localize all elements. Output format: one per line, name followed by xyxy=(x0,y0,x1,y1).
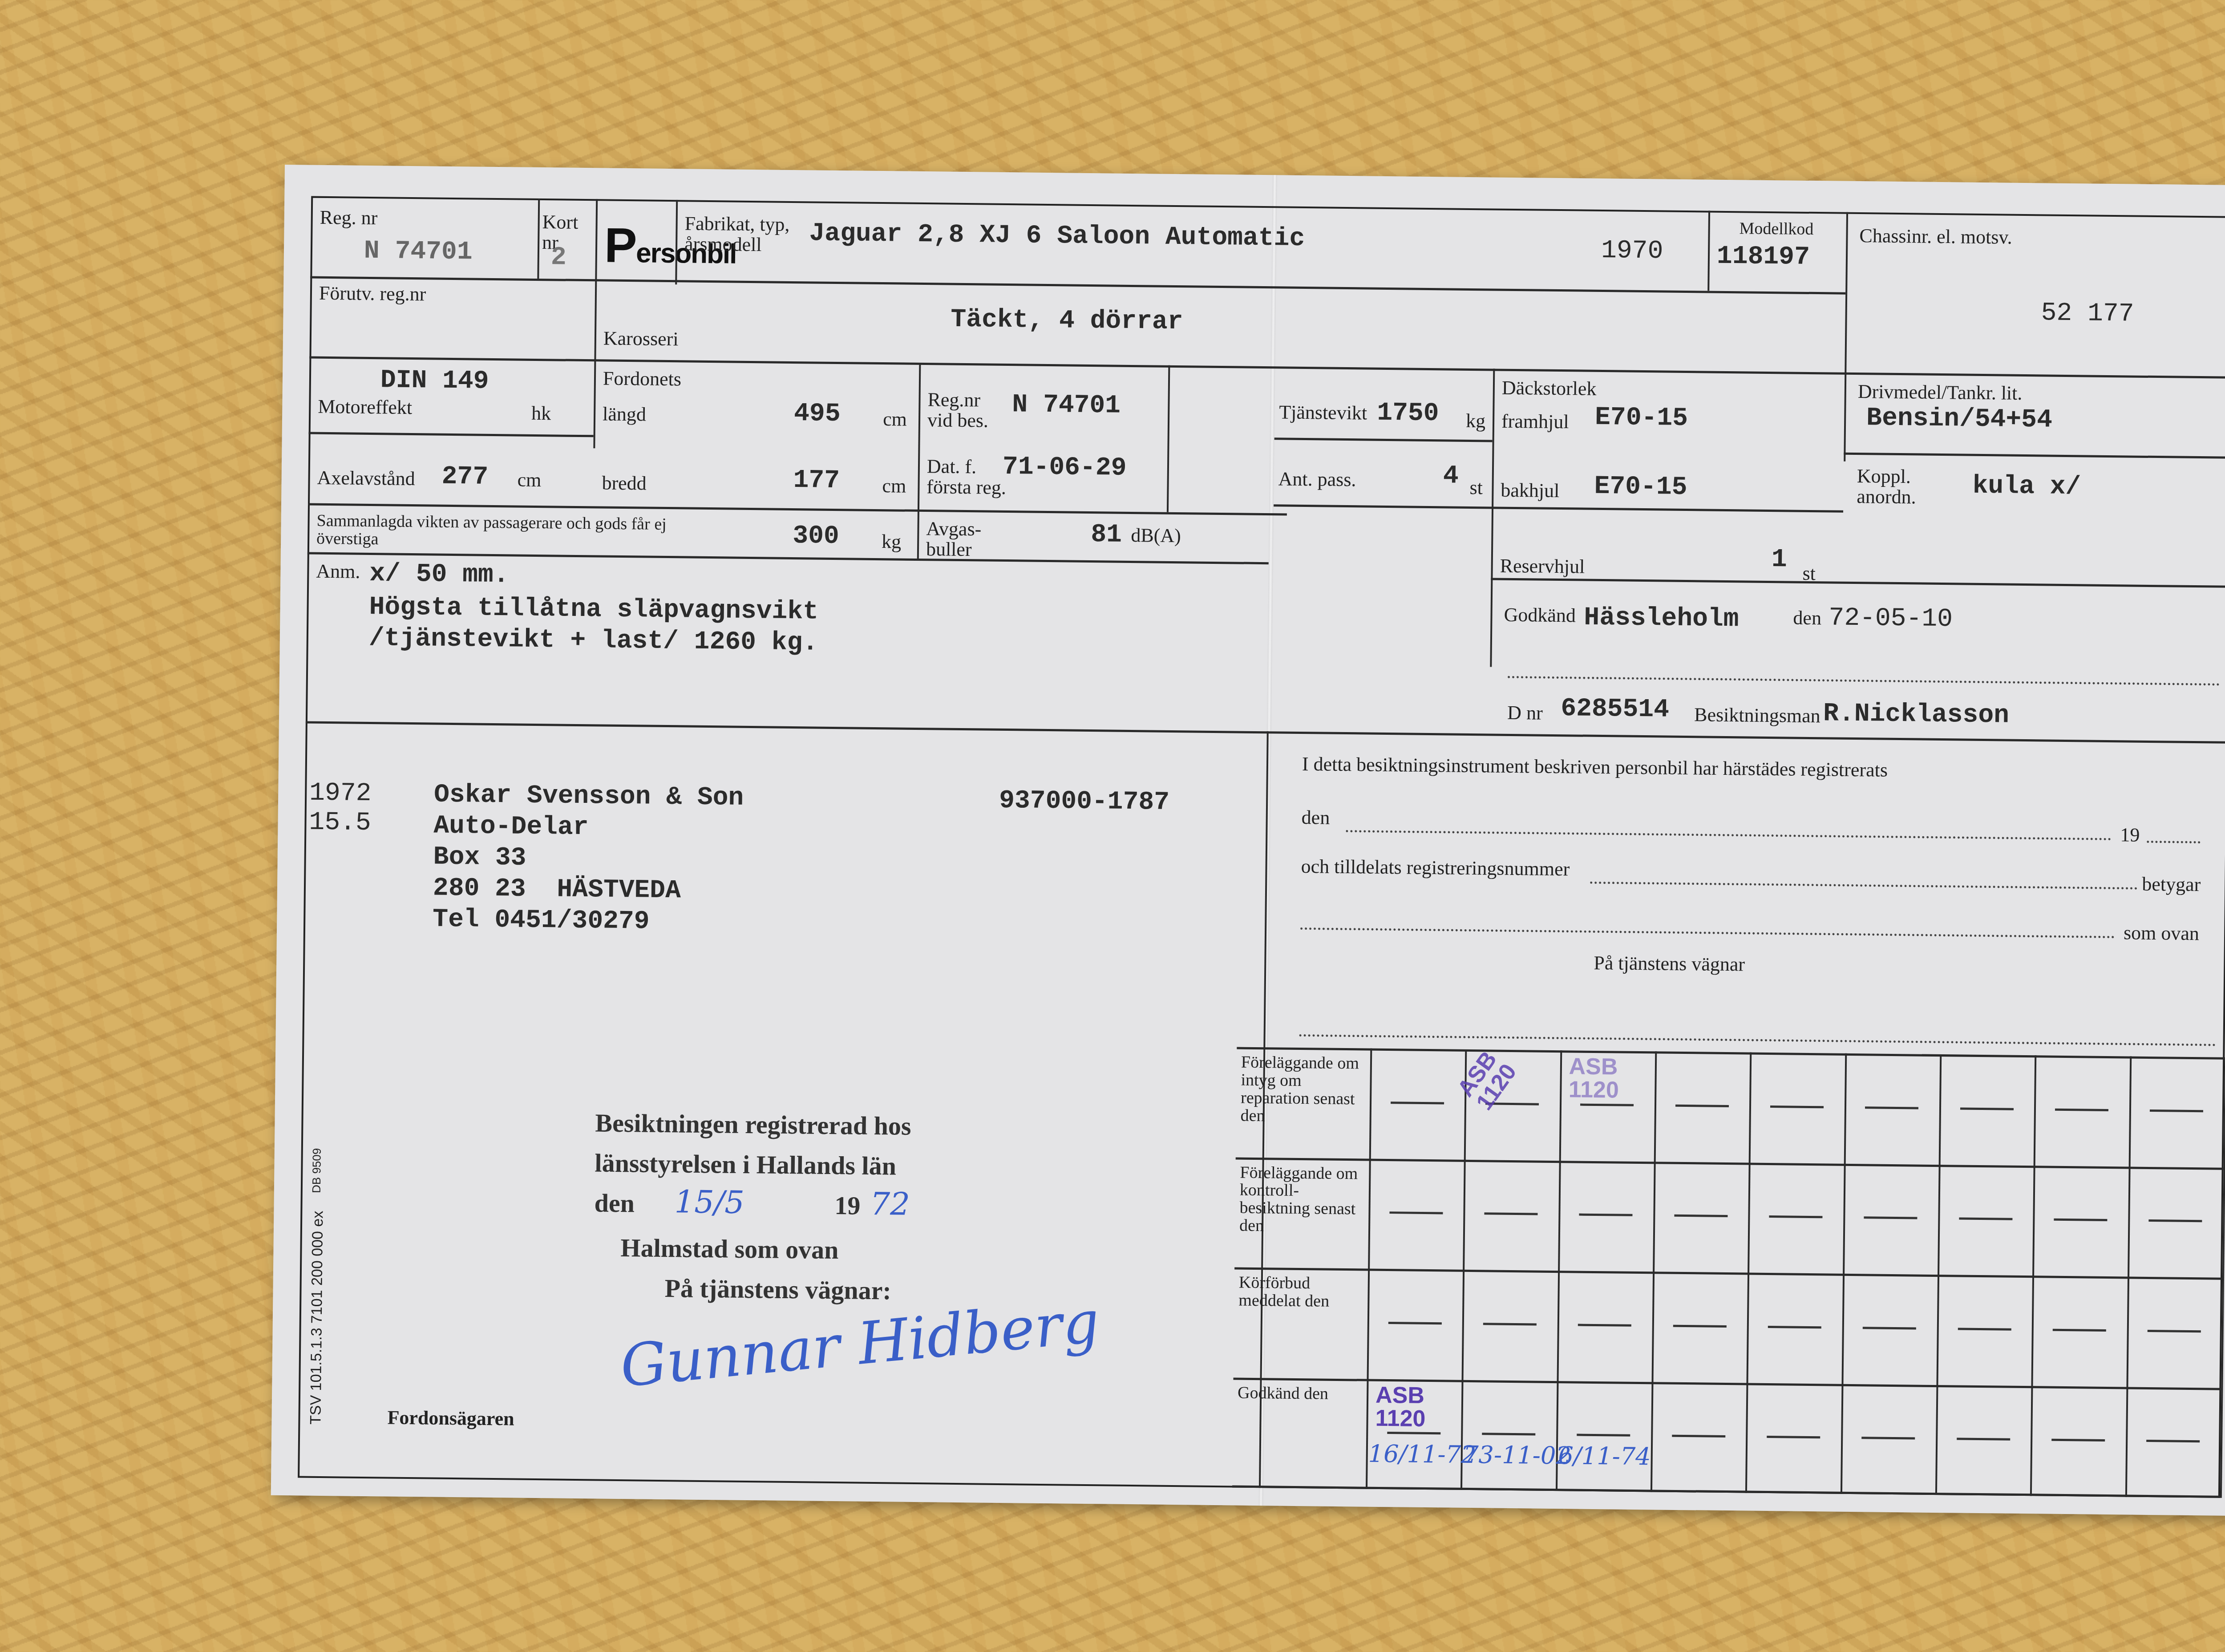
label-sammanlagda: Sammanlagda vikten av passagerare och go… xyxy=(316,512,717,552)
grid-cell-dash xyxy=(1770,1105,1824,1108)
grid-cell-dash xyxy=(1579,1214,1633,1216)
value-fabrikat: Jaguar 2,8 XJ 6 Saloon Automatic xyxy=(809,219,1305,253)
grid-cell-dash xyxy=(1578,1324,1631,1326)
grid-cell-dash xyxy=(1958,1328,2011,1330)
grid-row-divider xyxy=(1234,1267,2222,1279)
value-arsmodell: 1970 xyxy=(1601,236,1663,266)
label-bredd: bredd xyxy=(602,473,647,494)
grid-cell-dash xyxy=(1672,1435,1725,1437)
value-reg-nr-vid-bes: N 74701 xyxy=(1012,390,1121,421)
owner-address-line-4: 280 23 HÄSTVEDA xyxy=(433,874,681,906)
label-tjanstevikt-unit: kg xyxy=(1466,411,1485,432)
grid-cell-dash xyxy=(1768,1326,1821,1328)
grid-cell-dash xyxy=(1388,1322,1442,1324)
label-hk: hk xyxy=(531,403,551,424)
registration-text-betygar: betygar xyxy=(2142,874,2201,895)
grid-cell-dash xyxy=(1863,1327,1916,1329)
print-code-small: DB 9509 xyxy=(310,1148,324,1194)
anm-line-1: x/ 50 mm. xyxy=(369,559,509,590)
value-d-nr: 6285514 xyxy=(1561,694,1669,725)
label-ant-pass-unit: st xyxy=(1469,478,1483,498)
value-axelavstand: 277 xyxy=(441,462,488,492)
registration-stamp-line-3: den xyxy=(594,1187,635,1219)
value-sammanlagda: 300 xyxy=(793,522,839,551)
asb-stamp: ASB 1120 xyxy=(1375,1383,1433,1430)
grid-cell-dash xyxy=(1675,1105,1729,1107)
label-fordonsagaren: Fordonsägaren xyxy=(387,1408,514,1429)
value-reservhjul: 1 xyxy=(1772,545,1787,574)
grid-cell-dash xyxy=(1960,1107,2014,1110)
registration-stamp-line-2: länsstyrelsen i Hallands län xyxy=(595,1147,896,1182)
value-chassinr: 52 177 xyxy=(2041,299,2134,328)
label-karosseri: Karosseri xyxy=(603,328,679,350)
label-anm: Anm. xyxy=(316,561,360,582)
label-motoreffekt: Motoreffekt xyxy=(318,397,412,418)
handwritten-date: 16/11-72 xyxy=(1368,1439,1476,1469)
grid-cell-dash xyxy=(2150,1109,2203,1112)
grid-cell-dash xyxy=(1862,1437,1915,1440)
label-godkand-den: den xyxy=(1793,608,1821,629)
registration-text-line-2: och tilldelats registreringsnummer xyxy=(1301,856,1570,880)
value-drivmedel: Bensin/54+54 xyxy=(1866,404,2052,434)
label-db: dB(A) xyxy=(1131,525,1181,546)
grid-cell-dash xyxy=(2053,1329,2106,1332)
value-modellkod: 118197 xyxy=(1717,242,1810,272)
value-motoreffekt: DIN 149 xyxy=(380,366,489,396)
grid-cell-dash xyxy=(2054,1219,2107,1221)
owner-address-line-1: Oskar Svensson & Son xyxy=(434,781,744,813)
value-framhjul: E70-15 xyxy=(1595,403,1688,433)
label-bakhjul: bakhjul xyxy=(1501,480,1559,502)
label-koppl: Koppl. anordn. xyxy=(1857,466,1924,508)
label-godkand: Godkänd xyxy=(1504,605,1576,626)
registration-date-handwritten: 15/5 xyxy=(674,1183,744,1221)
label-reg-nr-vid-bes: Reg.nr vid bes. xyxy=(927,389,995,431)
grid-cell-dash xyxy=(1673,1325,1726,1328)
grid-cell-dash xyxy=(2055,1109,2108,1111)
label-dat-forsta-reg: Dat. f. första reg. xyxy=(926,456,1007,498)
grid-cell-dash xyxy=(1482,1433,1535,1436)
label-forutv-reg-nr: Förutv. reg.nr xyxy=(319,283,426,305)
owner-date-year: 1972 xyxy=(309,779,372,808)
grid-cell-dash xyxy=(2051,1439,2105,1441)
value-avgasbuller: 81 xyxy=(1091,520,1122,550)
grid-cell-dash xyxy=(1865,1106,1918,1109)
value-reg-nr: N 74701 xyxy=(364,237,473,267)
anm-line-2: Högsta tillåtna släpvagnsvikt xyxy=(369,593,818,627)
grid-cell-dash xyxy=(2148,1330,2201,1332)
label-reg-nr: Reg. nr xyxy=(320,207,378,229)
label-fabrikat: Fabrikat, typ, årsmodell xyxy=(684,213,801,255)
handwritten-date: 6/11-74 xyxy=(1558,1441,1651,1470)
inspection-grid: Föreläggande om intyg om reparation sena… xyxy=(1232,1047,2225,1498)
grid-cell-dash xyxy=(1387,1432,1440,1434)
grid-cell-dash xyxy=(1864,1217,1918,1219)
value-besiktningsman: R.Nicklasson xyxy=(1823,699,2009,730)
label-modellkod: Modellkod xyxy=(1739,220,1813,239)
grid-cell-dash xyxy=(1580,1103,1634,1106)
registration-city-line: Halmstad som ovan xyxy=(620,1232,839,1267)
label-axelavstand-unit: cm xyxy=(517,470,541,491)
label-dackstorlek: Däckstorlek xyxy=(1502,378,1597,399)
label-fordonets: Fordonets xyxy=(603,368,681,390)
grid-cell-dash xyxy=(1959,1218,2012,1220)
grid-cell-dash xyxy=(2147,1440,2200,1442)
label-framhjul: framhjul xyxy=(1501,411,1569,433)
label-axelavstand: Axelavstånd xyxy=(317,468,415,489)
registration-text-pa-tjanstens: På tjänstens vägnar xyxy=(1594,953,1745,975)
label-d-nr: D nr xyxy=(1507,703,1543,724)
owner-date-day: 15.5 xyxy=(309,808,371,838)
value-koppl: kula x/ xyxy=(1972,472,2081,502)
label-reservhjul: Reservhjul xyxy=(1500,556,1585,577)
registration-text-den: den xyxy=(1302,807,1330,828)
value-bredd: 177 xyxy=(793,466,840,495)
registration-text-19: 19 xyxy=(2120,825,2140,846)
registration-year-printed: 19 xyxy=(834,1190,861,1222)
grid-cell-dash xyxy=(1957,1438,2010,1441)
anm-line-3: /tjänstevikt + last/ 1260 kg. xyxy=(369,624,818,658)
owner-address-line-3: Box 33 xyxy=(433,843,526,873)
grid-cell-dash xyxy=(1767,1436,1820,1438)
value-bakhjul: E70-15 xyxy=(1594,472,1687,502)
registration-sign-line: På tjänstens vägnar: xyxy=(664,1272,891,1307)
registration-year-handwritten: 72 xyxy=(870,1186,910,1223)
grid-cell-dash xyxy=(1577,1434,1630,1437)
value-dat-forsta-reg: 71-06-29 xyxy=(1003,453,1127,483)
value-godkand-ort: Hässleholm xyxy=(1584,603,1739,634)
grid-cell-dash xyxy=(1389,1211,1443,1214)
grid-row-label: Godkänd den xyxy=(1238,1384,1362,1403)
label-chassinr: Chassinr. el. motsv. xyxy=(1859,226,2012,248)
grid-row-label: Körförbud meddelat den xyxy=(1238,1274,1363,1311)
grid-cell-dash xyxy=(1484,1213,1537,1215)
value-karosseri: Täckt, 4 dörrar xyxy=(951,305,1183,336)
label-tjanstevikt: Tjänstevikt xyxy=(1279,402,1367,423)
label-langd-unit: cm xyxy=(883,409,907,430)
grid-cell-dash xyxy=(1769,1215,1822,1218)
value-godkand-datum: 72-05-10 xyxy=(1829,603,1953,634)
handwritten-date: 73-11-02 xyxy=(1463,1441,1571,1470)
label-avgasbuller: Avgas- buller xyxy=(926,518,989,560)
grid-row-label: Föreläggande om intyg om reparation sena… xyxy=(1241,1054,1366,1126)
value-kort-nr: 2 xyxy=(551,243,566,272)
owner-address-line-5: Tel 0451/30279 xyxy=(433,905,650,936)
label-ant-pass: Ant. pass. xyxy=(1278,469,1356,490)
label-sammanlagda-unit: kg xyxy=(882,531,901,552)
value-langd: 495 xyxy=(794,399,841,429)
label-langd: längd xyxy=(603,404,646,425)
asb-stamp: ASB 1120 xyxy=(1569,1055,1627,1101)
grid-cell-dash xyxy=(1483,1323,1537,1325)
value-tjanstevikt: 1750 xyxy=(1377,399,1439,428)
label-bredd-unit: cm xyxy=(882,476,906,497)
value-ant-pass: 4 xyxy=(1443,462,1458,490)
owner-org-nr: 937000-1787 xyxy=(999,786,1170,817)
grid-row-divider xyxy=(1236,1157,2224,1170)
label-drivmedel: Drivmedel/Tankr. lit. xyxy=(1858,381,2023,404)
registration-stamp-line-1: Besiktningen registrerad hos xyxy=(595,1107,911,1142)
vehicle-registration-document: Reg. nr N 74701 Kort nr 2 Personbil Fabr… xyxy=(271,165,2225,1516)
owner-address-line-2: Auto-Delar xyxy=(433,812,589,842)
grid-cell-dash xyxy=(1391,1101,1444,1104)
grid-cell-dash xyxy=(2149,1219,2202,1222)
registration-text-som-ovan: som ovan xyxy=(2124,923,2199,944)
print-code: TSV 101.5.1.3 7101 200 000 ex xyxy=(307,1211,327,1425)
grid-cell-dash xyxy=(1674,1215,1727,1217)
grid-row-label: Föreläggande om kontroll-besiktning sena… xyxy=(1239,1164,1365,1236)
label-besiktningsman: Besiktningsman xyxy=(1694,705,1820,726)
